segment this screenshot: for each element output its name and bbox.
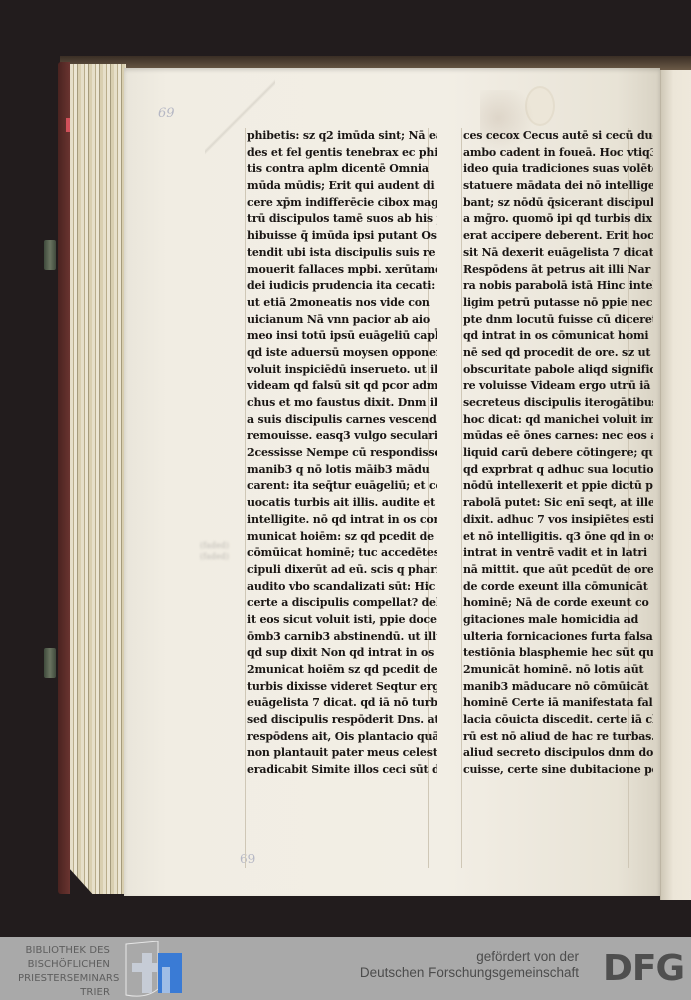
manuscript-line: mouerit fallaces mpbi. xerūtamē: [247, 262, 437, 279]
manuscript-line: ces cecox Cecus autē si cecū ducat.: [463, 128, 653, 145]
manuscript-line: manib3 q nō lotis māib3 mādu: [247, 462, 437, 479]
manuscript-line: de corde exeunt illa cōmunicāt: [463, 579, 653, 596]
footer-bar: BIBLIOTHEK DES BISCHÖFLICHEN PRIESTERSEM…: [0, 937, 691, 1000]
manuscript-line: intelligite. nō qd intrat in os com: [247, 512, 437, 529]
manuscript-line: municat hoiēm: sz qd pcedit de ore: [247, 529, 437, 546]
manuscript-line: qd iste aduersū moysen opponere: [247, 345, 437, 362]
foliation-number: 69: [158, 106, 175, 121]
manuscript-line: trū discipulos tamē suos ab his p: [247, 211, 437, 228]
facing-page-edge: [660, 70, 691, 900]
manuscript-line: manib3 māducare nō cōmūicāt: [463, 679, 653, 696]
text-column-right: ces cecox Cecus autē si cecū ducat.ambo …: [463, 128, 653, 779]
manuscript-line: hibuisse q̄ imūda ipsi putant Os: [247, 228, 437, 245]
manuscript-line: a suis discipulis carnes vescendas: [247, 412, 437, 429]
manuscript-line: nōdū intellexerit et ppie dictū pa: [463, 478, 653, 495]
manuscript-line: des et fel gentis tenebrax ec phibe: [247, 145, 437, 162]
ruling-line: [461, 128, 462, 868]
ruling-line: [245, 128, 246, 868]
foliation-number-bottom: 69: [240, 852, 255, 866]
book-cover-left: [58, 62, 70, 894]
manuscript-line: voluit inspiciēdū inserueto. ut ibi: [247, 362, 437, 379]
manuscript-line: ideo quia tradiciones suas volētes: [463, 161, 653, 178]
manuscript-line: ulteria fornicaciones furta falsa: [463, 629, 653, 646]
marginal-note: (faded) (faded): [200, 540, 229, 562]
manuscript-line: intrat in ventrē vadit et in latri: [463, 545, 653, 562]
manuscript-line: meo insi totū ipsū euāgeliū capl̄m: [247, 328, 437, 345]
manuscript-line: turbis dixisse videret Seqtur ergo: [247, 679, 437, 696]
manuscript-line: videam qd falsū sit qd pcor admiā: [247, 378, 437, 395]
manuscript-line: mūda mūdis; Erit qui audent di: [247, 178, 437, 195]
manuscript-line: ligim petrū putasse nō ppie nec a: [463, 295, 653, 312]
manuscript-line: liquid carū debere cōtingere; quid: [463, 445, 653, 462]
manuscript-line: nē sed qd procedit de ore. sz ut soleret: [463, 345, 653, 362]
manuscript-line: gitaciones male homicidia ad: [463, 612, 653, 629]
manuscript-line: qd intrat in os cōmunicat homi: [463, 328, 653, 345]
manuscript-line: nā mittit. que aūt pcedūt de ore: [463, 562, 653, 579]
manuscript-line: ambo cadent in foueā. Hoc vtiq3: [463, 145, 653, 162]
page-fore-edge: [70, 64, 126, 894]
manuscript-line: chus et mo faustus dixit. Dnm ihm: [247, 395, 437, 412]
manuscript-line: pte dnm locutū fuisse cū diceret: nō: [463, 312, 653, 329]
manuscript-line: erat accipere deberent. Erit hoc: [463, 228, 653, 245]
manuscript-line: et nō intelligitis. q3 ōne qd in os: [463, 529, 653, 546]
manuscript-line: euāgelista 7 dicat. qd iā nō turbis: [247, 695, 437, 712]
clasp-icon: [44, 240, 56, 270]
manuscript-line: rū est nō aliud de hac re turbas.: [463, 729, 653, 746]
manuscript-line: rabolā putet: Sic enī seqt, at ille: [463, 495, 653, 512]
manuscript-line: a mḡro. quomō ipi qd turbis dix: [463, 211, 653, 228]
manuscript-line: hominē Certe iā manifestata fal: [463, 695, 653, 712]
library-name[interactable]: BIBLIOTHEK DES BISCHÖFLICHEN PRIESTERSEM…: [18, 944, 110, 1000]
manuscript-line: uicianum Nā vnn pacior ab aio: [247, 312, 437, 329]
manuscript-line: cuisse, certe sine dubitacione per: [463, 762, 653, 779]
manuscript-line: cipuli dixerūt ad eū. scis q pharisei: [247, 562, 437, 579]
manuscript-line: uocatis turbis ait illis. audite et: [247, 495, 437, 512]
manuscript-line: mūdas eē ōnes carnes: nec eos a: [463, 428, 653, 445]
manuscript-line: dixit. adhuc 7 vos insipiētes estis.: [463, 512, 653, 529]
manuscript-line: testiōnia blasphemie hec sūt que: [463, 645, 653, 662]
funding-text: gefördert von der Deutschen Forschungsge…: [360, 949, 579, 981]
manuscript-line: lacia cōuicta discedit. certe iā cla: [463, 712, 653, 729]
manuscript-line: sit Nā dexerit euāgelista 7 dicat.: [463, 245, 653, 262]
manuscript-line: secreteus discipulis iterogātibus: [463, 395, 653, 412]
text-column-left: phibetis: sz q2 imūda sint; Nā ea sordes…: [247, 128, 437, 779]
manuscript-line: aliud secreto discipulos dnm do: [463, 745, 653, 762]
manuscript-line: non plantauit pater meus celestis: [247, 745, 437, 762]
manuscript-line: cere xp̄m indifferēcie cibox magis: [247, 195, 437, 212]
manuscript-line: certe a discipulis compellat? debu: [247, 595, 437, 612]
manuscript-line: statuere mādata dei nō intellige: [463, 178, 653, 195]
library-cross-logo-icon[interactable]: [118, 941, 188, 997]
manuscript-line: cōmūicat hominē; tuc accedētes dis: [247, 545, 437, 562]
manuscript-line: 2cessisse Nempe cū respondisset aliū: [247, 445, 437, 462]
manuscript-line: hominē; Nā de corde exeunt co: [463, 595, 653, 612]
manuscript-line: re voluisse Videam ergo utrū iā: [463, 378, 653, 395]
manuscript-line: ut etiā 2moneatis nos vide con: [247, 295, 437, 312]
manuscript-line: remouisse. easq3 vulgo secularib3: [247, 428, 437, 445]
dfg-logo[interactable]: DFG: [603, 951, 684, 987]
manuscript-line: ōmb3 carnib3 abstinendū. ut illud: [247, 629, 437, 646]
manuscript-line: carent: ita seq̄tur euāgeliū; et cō: [247, 478, 437, 495]
manuscript-line: obscuritate pabole aliqd significa: [463, 362, 653, 379]
manuscript-line: phibetis: sz q2 imūda sint; Nā ea sor: [247, 128, 437, 145]
manuscript-line: Respōdens āt petrus ait illi Nar: [463, 262, 653, 279]
manuscript-line: qd exprbrat q adhuc sua locutionē: [463, 462, 653, 479]
manuscript-line: bant; sz nōdū q̄sicerant discipuli: [463, 195, 653, 212]
manuscript-line: 2municāt hominē. nō lotis aūt: [463, 662, 653, 679]
manuscript-line: tendit ubi ista discipulis suis re: [247, 245, 437, 262]
manuscript-line: ra nobis parabolā istā Hinc intel: [463, 278, 653, 295]
manuscript-line: respōdens ait, Ois plantacio quā: [247, 729, 437, 746]
manuscript-line: hoc dicat: qd manichei voluit im: [463, 412, 653, 429]
manuscript-line: dei iudicis prudencia ita cecati:: [247, 278, 437, 295]
manuscript-line: it eos sicut voluit isti, ppie docere ab: [247, 612, 437, 629]
manuscript-line: tis contra aplm dicentē Omnia: [247, 161, 437, 178]
manuscript-line: audito vbo scandalizati sūt: Hic: [247, 579, 437, 596]
clasp-icon: [44, 648, 56, 678]
manuscript-line: 2municat hoiēm sz qd pcedit de ore: [247, 662, 437, 679]
manuscript-line: qd sup dixit Non qd intrat in os: [247, 645, 437, 662]
manuscript-line: eradicabit Simite illos ceci sūt du: [247, 762, 437, 779]
manuscript-line: sed discipulis respōderit Dns. at ille: [247, 712, 437, 729]
manuscript-image-viewer[interactable]: 69 69 (faded) (faded) phibetis: sz q2 im…: [0, 0, 691, 937]
